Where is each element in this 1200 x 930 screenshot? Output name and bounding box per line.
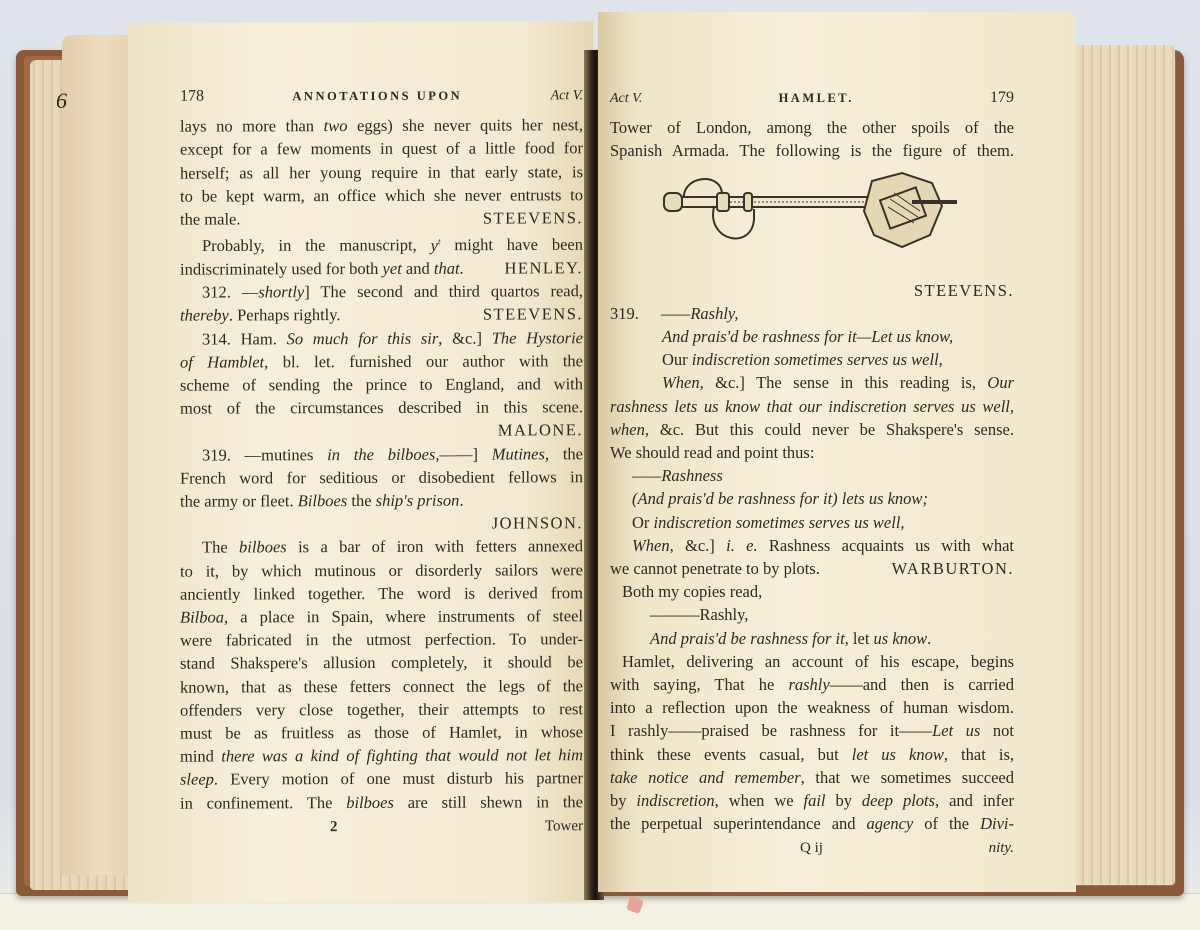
attribution: STEEVENS. [483, 206, 583, 230]
bilboes-engraving-icon [662, 171, 962, 271]
text-line: We should read and point thus: [610, 441, 1014, 464]
text-line: sleep. Every motion of one must disturb … [180, 767, 583, 792]
right-running-head: Act V. HAMLET. 179 [610, 86, 1014, 110]
text-line: except for a few moments in quest of a l… [180, 137, 583, 162]
text-line: mind there was a kind of fighting that w… [180, 743, 583, 768]
attribution: STEEVENS. [610, 279, 1014, 302]
text-line: herself; as all her young require in tha… [180, 160, 583, 185]
right-page: Act V. HAMLET. 179 Tower of London, amon… [598, 12, 1076, 892]
text-line: I rashly——praised be rashness for it——Le… [610, 719, 1014, 742]
text-line: Hamlet, delivering an account of his esc… [610, 650, 1014, 673]
attribution: WARBURTON. [892, 557, 1014, 580]
text-line: anciently linked together. The word is d… [180, 581, 583, 606]
lemma: ——Rashly, [643, 304, 738, 323]
text-line: in confinement. The bilboes are still sh… [180, 790, 583, 815]
attribution: HENLEY. [505, 256, 583, 279]
page-number: 179 [990, 86, 1014, 109]
text-line: think these events casual, but let us kn… [610, 743, 1014, 766]
text-line: Our indiscretion sometimes serves us wel… [610, 348, 1014, 371]
text-fragment: we cannot penetrate to by plots. [610, 557, 820, 580]
left-page: 178 ANNOTATIONS UPON Act V. lays no more… [128, 21, 593, 903]
running-title: ANNOTATIONS UPON [292, 85, 462, 109]
text-line: known, that as these fetters connect the… [180, 674, 583, 699]
text-fragment: thereby. Perhaps rightly. [180, 303, 341, 327]
text-line: (And prais'd be rashness for it) lets us… [610, 487, 1014, 510]
page-number: 178 [180, 85, 204, 108]
text-line: the army or fleet. Bilboes the ship's pr… [180, 488, 583, 513]
text-line: 314. Ham. So much for this sir, &c.] The… [180, 326, 583, 351]
text-line: Or indiscretion sometimes serves us well… [610, 511, 1014, 534]
text-line: the male. STEEVENS. [180, 206, 583, 231]
note-number: 319. [610, 304, 639, 323]
text-line: When, &c.] The sense in this reading is,… [610, 371, 1014, 394]
signature-mark: Q ij [610, 837, 823, 860]
left-running-head: 178 ANNOTATIONS UPON Act V. [180, 83, 583, 109]
text-line: And prais'd be rashness for it—Let us kn… [610, 325, 1014, 348]
text-line: rashness lets us know that our indiscret… [610, 395, 1014, 418]
text-line: we cannot penetrate to by plots. WARBURT… [610, 557, 1014, 580]
text-line: indiscriminately used for both yet and t… [180, 256, 583, 281]
right-page-edges [1070, 45, 1175, 885]
right-page-text: Act V. HAMLET. 179 Tower of London, amon… [610, 86, 1014, 861]
catchword: nity. [989, 837, 1014, 860]
left-page-text: 178 ANNOTATIONS UPON Act V. lays no more… [180, 83, 583, 839]
bilboes-illustration [610, 171, 1014, 273]
left-page-block [62, 35, 132, 875]
act-marker: Act V. [551, 84, 583, 107]
text-line: must be as fruitless as those of Hamlet,… [180, 720, 583, 745]
text-line: Probably, in the manuscript, yt might ha… [180, 229, 583, 257]
text-line: offenders very close together, their att… [180, 697, 583, 722]
text-line: to be kept warm, an office which she nev… [180, 183, 583, 208]
text-line: of Hamblet, bl. let. furnished our autho… [180, 349, 583, 374]
page-footer: 2 Tower [180, 815, 583, 840]
text-line: were fabricated in the utmost perfection… [180, 627, 583, 652]
page-footer: Q ij nity. [610, 837, 1014, 860]
text-line: 319. ——Rashly, [610, 302, 1014, 325]
text-line: 312. —shortly] The second and third quar… [180, 279, 583, 304]
text-line: Spanish Armada. The following is the fig… [610, 139, 1014, 162]
catchword: Tower [545, 815, 583, 838]
text-line: When, &c.] i. e. Rashness acquaints us w… [610, 534, 1014, 557]
text-line: stand Shakspere's allusion completely, i… [180, 651, 583, 676]
text-line: with saying, That he rashly——and then is… [610, 673, 1014, 696]
text-line: most of the circumstances described in t… [180, 395, 583, 420]
text-fragment: indiscriminately used for both yet and t… [180, 257, 464, 281]
signature-mark: 2 [180, 816, 338, 840]
text-line: scheme of sending the prince to England,… [180, 372, 583, 397]
text-line: thereby. Perhaps rightly. STEEVENS. [180, 303, 583, 328]
text-line: to it, by which mutinous or disorderly s… [180, 558, 583, 583]
text-line: The bilboes is a bar of iron with fetter… [180, 535, 583, 560]
text-line: ——Rashness [610, 464, 1014, 487]
text-line: when, &c. But this could never be Shaksp… [610, 418, 1014, 441]
text-line: French word for seditious or disobedient… [180, 465, 583, 490]
act-marker: Act V. [610, 87, 642, 110]
running-title: HAMLET. [779, 87, 854, 110]
text-line: the perpetual superintendance and agency… [610, 812, 1014, 835]
text-line: into a reflection upon the weakness of h… [610, 696, 1014, 719]
text-line: by indiscretion, when we fail by deep pl… [610, 789, 1014, 812]
attribution: MALONE. [180, 419, 583, 444]
text-line: Tower of London, among the other spoils … [610, 116, 1014, 139]
text-line: lays no more than two eggs) she never qu… [180, 113, 583, 138]
margin-ink-mark: 6 [56, 88, 67, 114]
text-line: Both my copies read, [610, 580, 1014, 603]
attribution: STEEVENS. [483, 303, 583, 327]
text-line: ———Rashly, [610, 603, 1014, 626]
text-line: 319. —mutines in the bilboes,——] Mutines… [180, 442, 583, 467]
text-line: Bilboa, a place in Spain, where instrume… [180, 604, 583, 629]
attribution: JOHNSON. [180, 511, 583, 536]
text-line: And prais'd be rashness for it, let us k… [610, 627, 1014, 650]
text-line: take notice and remember, that we someti… [610, 766, 1014, 789]
text-fragment: the male. [180, 207, 240, 230]
